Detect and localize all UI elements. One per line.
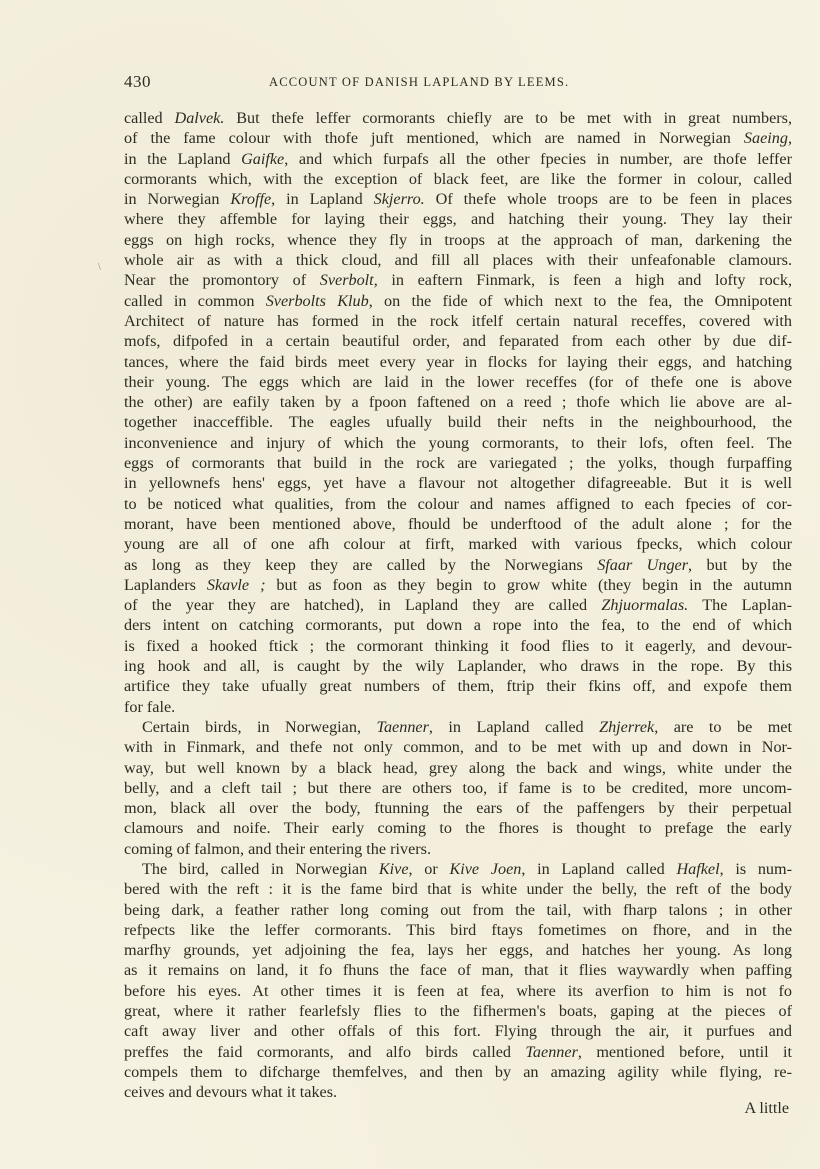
italic-term: Kive [379, 860, 409, 878]
text-line: called Dalvek. But thefe leffer cormoran… [124, 108, 792, 128]
text-segment: way, but well known by a black head, gre… [124, 759, 792, 777]
catchword: A little [744, 1099, 789, 1118]
text-line: together inacceffible. The eagles ufuall… [124, 412, 792, 432]
text-segment: , or [409, 860, 450, 878]
text-line: is fixed a hooked ftick ; the cormorant … [124, 636, 792, 656]
text-line: great, where it rather fearlefsly flies … [124, 1001, 792, 1021]
italic-term: Kive Joen [449, 860, 521, 878]
text-segment: as it remains on land, it fo fhuns the f… [124, 961, 792, 979]
text-segment: before his eyes. At other times it is fe… [124, 982, 792, 1000]
text-line: refpects like the leffer cormorants. Thi… [124, 920, 792, 940]
text-segment: in the Lapland [124, 150, 241, 168]
text-line: ceives and devours what it takes. [124, 1082, 792, 1102]
body-text: called Dalvek. But thefe leffer cormoran… [124, 108, 792, 1103]
text-segment: ceives and devours what it takes. [124, 1083, 337, 1101]
italic-term: Sverbolts Klub [266, 292, 369, 310]
text-line: the other) are eafily taken by a fpoon f… [124, 392, 792, 412]
text-line: eggs of cormorants that build in the roc… [124, 453, 792, 473]
text-line: eggs on high rocks, whence they fly in t… [124, 230, 792, 250]
text-line: cormorants which, with the exception of … [124, 169, 792, 189]
text-line: as it remains on land, it fo fhuns the f… [124, 960, 792, 980]
running-head: 430 ACCOUNT OF DANISH LAPLAND BY LEEMS. [124, 72, 790, 96]
text-segment: called in common [124, 292, 266, 310]
text-segment: preffes the faid cormorants, and alfo bi… [124, 1043, 525, 1061]
text-segment: , is num- [720, 860, 792, 878]
text-segment: ders intent on catching cormorants, put … [124, 616, 792, 634]
text-line: compels them to difcharge themfelves, an… [124, 1062, 792, 1082]
italic-term: Taenner [525, 1043, 577, 1061]
text-segment: as long as they keep they are called by … [124, 556, 597, 574]
text-segment: , mentioned before, until it [578, 1043, 792, 1061]
text-line: tances, where the faid birds meet every … [124, 352, 792, 372]
page-number: 430 [124, 72, 151, 92]
text-line: The bird, called in Norwegian Kive, or K… [124, 859, 792, 879]
text-line: morant, have been mentioned above, fhoul… [124, 514, 792, 534]
text-segment: , in eaftern Finmark, is feen a high and… [374, 271, 792, 289]
text-line: Laplanders Skavle ; but as foon as they … [124, 575, 792, 595]
text-segment: to be noticed what qualities, from the c… [124, 495, 792, 513]
italic-term: Gaifke [241, 150, 284, 168]
text-segment: the other) are eafily taken by a fpoon f… [124, 393, 792, 411]
text-segment: , in Lapland called [521, 860, 676, 878]
text-segment: inconvenience and injury of which the yo… [124, 434, 792, 452]
text-line: called in common Sverbolts Klub, on the … [124, 291, 792, 311]
text-segment: , in Lapland called [429, 718, 599, 736]
text-segment: tances, where the faid birds meet every … [124, 353, 792, 371]
text-segment: eggs on high rocks, whence they fly in t… [124, 231, 792, 249]
italic-term: Dalvek. [175, 109, 225, 127]
italic-term: Skjerro. [374, 190, 425, 208]
text-segment: cormorants which, with the exception of … [124, 170, 792, 188]
text-segment: marfhy grounds, yet adjoining the fea, l… [124, 941, 792, 959]
italic-term: Hafkel [676, 860, 719, 878]
text-segment: together inacceffible. The eagles ufuall… [124, 413, 792, 431]
text-segment: of the year they are hatched), in Laplan… [124, 596, 601, 614]
italic-term: Zhjuormalas. [601, 596, 688, 614]
italic-term: Sfaar Unger [597, 556, 688, 574]
text-line: for fale. [124, 697, 792, 717]
text-segment: mofs, difpofed in a certain beautiful or… [124, 332, 792, 350]
text-segment: for fale. [124, 698, 175, 716]
text-segment: where they affemble for laying their egg… [124, 210, 792, 228]
text-segment: of the fame colour with thofe juft menti… [124, 129, 744, 147]
text-line: as long as they keep they are called by … [124, 555, 792, 575]
text-segment: But thefe leffer cormorants chiefly are … [224, 109, 792, 127]
text-line: in the Lapland Gaifke, and which furpafs… [124, 149, 792, 169]
italic-term: Zhjerrek [599, 718, 654, 736]
text-segment: , are to be met [654, 718, 792, 736]
text-segment: called [124, 109, 175, 127]
text-line: Architect of nature has formed in the ro… [124, 311, 792, 331]
text-line: their young. The eggs which are laid in … [124, 372, 792, 392]
text-segment: but as foon as they begin to grow white … [265, 576, 792, 594]
text-segment: Of thefe whole troops are to be feen in … [425, 190, 792, 208]
text-segment: , [788, 129, 792, 147]
text-line: mofs, difpofed in a certain beautiful or… [124, 331, 792, 351]
text-line: inconvenience and injury of which the yo… [124, 433, 792, 453]
text-line: coming of falmon, and their entering the… [124, 839, 792, 859]
text-line: of the year they are hatched), in Laplan… [124, 595, 792, 615]
text-line: belly, and a cleft tail ; but there are … [124, 778, 792, 798]
text-line: whole air as with a thick cloud, and fil… [124, 250, 792, 270]
text-segment: The Laplan- [688, 596, 792, 614]
text-segment: bered with the reft : it is the fame bir… [124, 880, 792, 898]
text-segment: belly, and a cleft tail ; but there are … [124, 779, 792, 797]
text-segment: with in Finmark, and thefe not only comm… [124, 738, 792, 756]
text-segment: in Norwegian [124, 190, 230, 208]
text-segment: , in Lapland [271, 190, 373, 208]
text-line: way, but well known by a black head, gre… [124, 758, 792, 778]
text-line: artifice they take ufually great numbers… [124, 676, 792, 696]
text-line: before his eyes. At other times it is fe… [124, 981, 792, 1001]
text-segment: their young. The eggs which are laid in … [124, 373, 792, 391]
text-line: preffes the faid cormorants, and alfo bi… [124, 1042, 792, 1062]
italic-term: Sverbolt [320, 271, 374, 289]
text-line: marfhy grounds, yet adjoining the fea, l… [124, 940, 792, 960]
text-line: being dark, a feather rather long coming… [124, 900, 792, 920]
text-segment: , but by the [688, 556, 792, 574]
text-segment: , and which furpafs all the other fpecie… [284, 150, 792, 168]
text-segment: , on the fide of which next to the fea, … [369, 292, 792, 310]
text-segment: coming of falmon, and their entering the… [124, 840, 431, 858]
margin-mark: \ [98, 262, 101, 273]
text-segment: whole air as with a thick cloud, and fil… [124, 251, 792, 269]
text-segment: refpects like the leffer cormorants. Thi… [124, 921, 792, 939]
text-segment: Certain birds, in Norwegian, [142, 718, 376, 736]
text-segment: in yellownefs hens' eggs, yet have a fla… [124, 474, 792, 492]
text-segment: eggs of cormorants that build in the roc… [124, 454, 792, 472]
text-line: to be noticed what qualities, from the c… [124, 494, 792, 514]
book-page: 430 ACCOUNT OF DANISH LAPLAND BY LEEMS. … [0, 0, 820, 1169]
running-title: ACCOUNT OF DANISH LAPLAND BY LEEMS. [269, 75, 569, 90]
text-segment: mon, black all over the body, ftunning t… [124, 799, 792, 817]
text-segment: morant, have been mentioned above, fhoul… [124, 515, 792, 533]
text-line: Certain birds, in Norwegian, Taenner, in… [124, 717, 792, 737]
text-segment: is fixed a hooked ftick ; the cormorant … [124, 637, 792, 655]
text-segment: Near the promontory of [124, 271, 320, 289]
text-segment: artifice they take ufually great numbers… [124, 677, 792, 695]
text-segment: Laplanders [124, 576, 207, 594]
text-segment: being dark, a feather rather long coming… [124, 901, 792, 919]
text-segment: ing hook and all, is caught by the wily … [124, 657, 792, 675]
text-segment: compels them to difcharge themfelves, an… [124, 1063, 792, 1081]
text-segment: great, where it rather fearlefsly flies … [124, 1002, 792, 1020]
text-line: in yellownefs hens' eggs, yet have a fla… [124, 473, 792, 493]
text-segment: young are all of one afh colour at firft… [124, 535, 792, 553]
text-segment: caft away liver and other offals of this… [124, 1022, 792, 1040]
text-line: where they affemble for laying their egg… [124, 209, 792, 229]
italic-term: Kroffe [230, 190, 271, 208]
text-line: clamours and noife. Their early coming t… [124, 818, 792, 838]
italic-term: Saeing [744, 129, 788, 147]
text-segment: clamours and noife. Their early coming t… [124, 819, 792, 837]
italic-term: Skavle ; [207, 576, 266, 594]
text-segment: The bird, called in Norwegian [142, 860, 379, 878]
text-line: in Norwegian Kroffe, in Lapland Skjerro.… [124, 189, 792, 209]
text-segment: Architect of nature has formed in the ro… [124, 312, 792, 330]
text-line: caft away liver and other offals of this… [124, 1021, 792, 1041]
text-line: ing hook and all, is caught by the wily … [124, 656, 792, 676]
text-line: of the fame colour with thofe juft menti… [124, 128, 792, 148]
italic-term: Taenner [376, 718, 428, 736]
text-line: with in Finmark, and thefe not only comm… [124, 737, 792, 757]
text-line: mon, black all over the body, ftunning t… [124, 798, 792, 818]
text-line: young are all of one afh colour at firft… [124, 534, 792, 554]
text-line: bered with the reft : it is the fame bir… [124, 879, 792, 899]
text-line: Near the promontory of Sverbolt, in eaft… [124, 270, 792, 290]
text-line: ders intent on catching cormorants, put … [124, 615, 792, 635]
